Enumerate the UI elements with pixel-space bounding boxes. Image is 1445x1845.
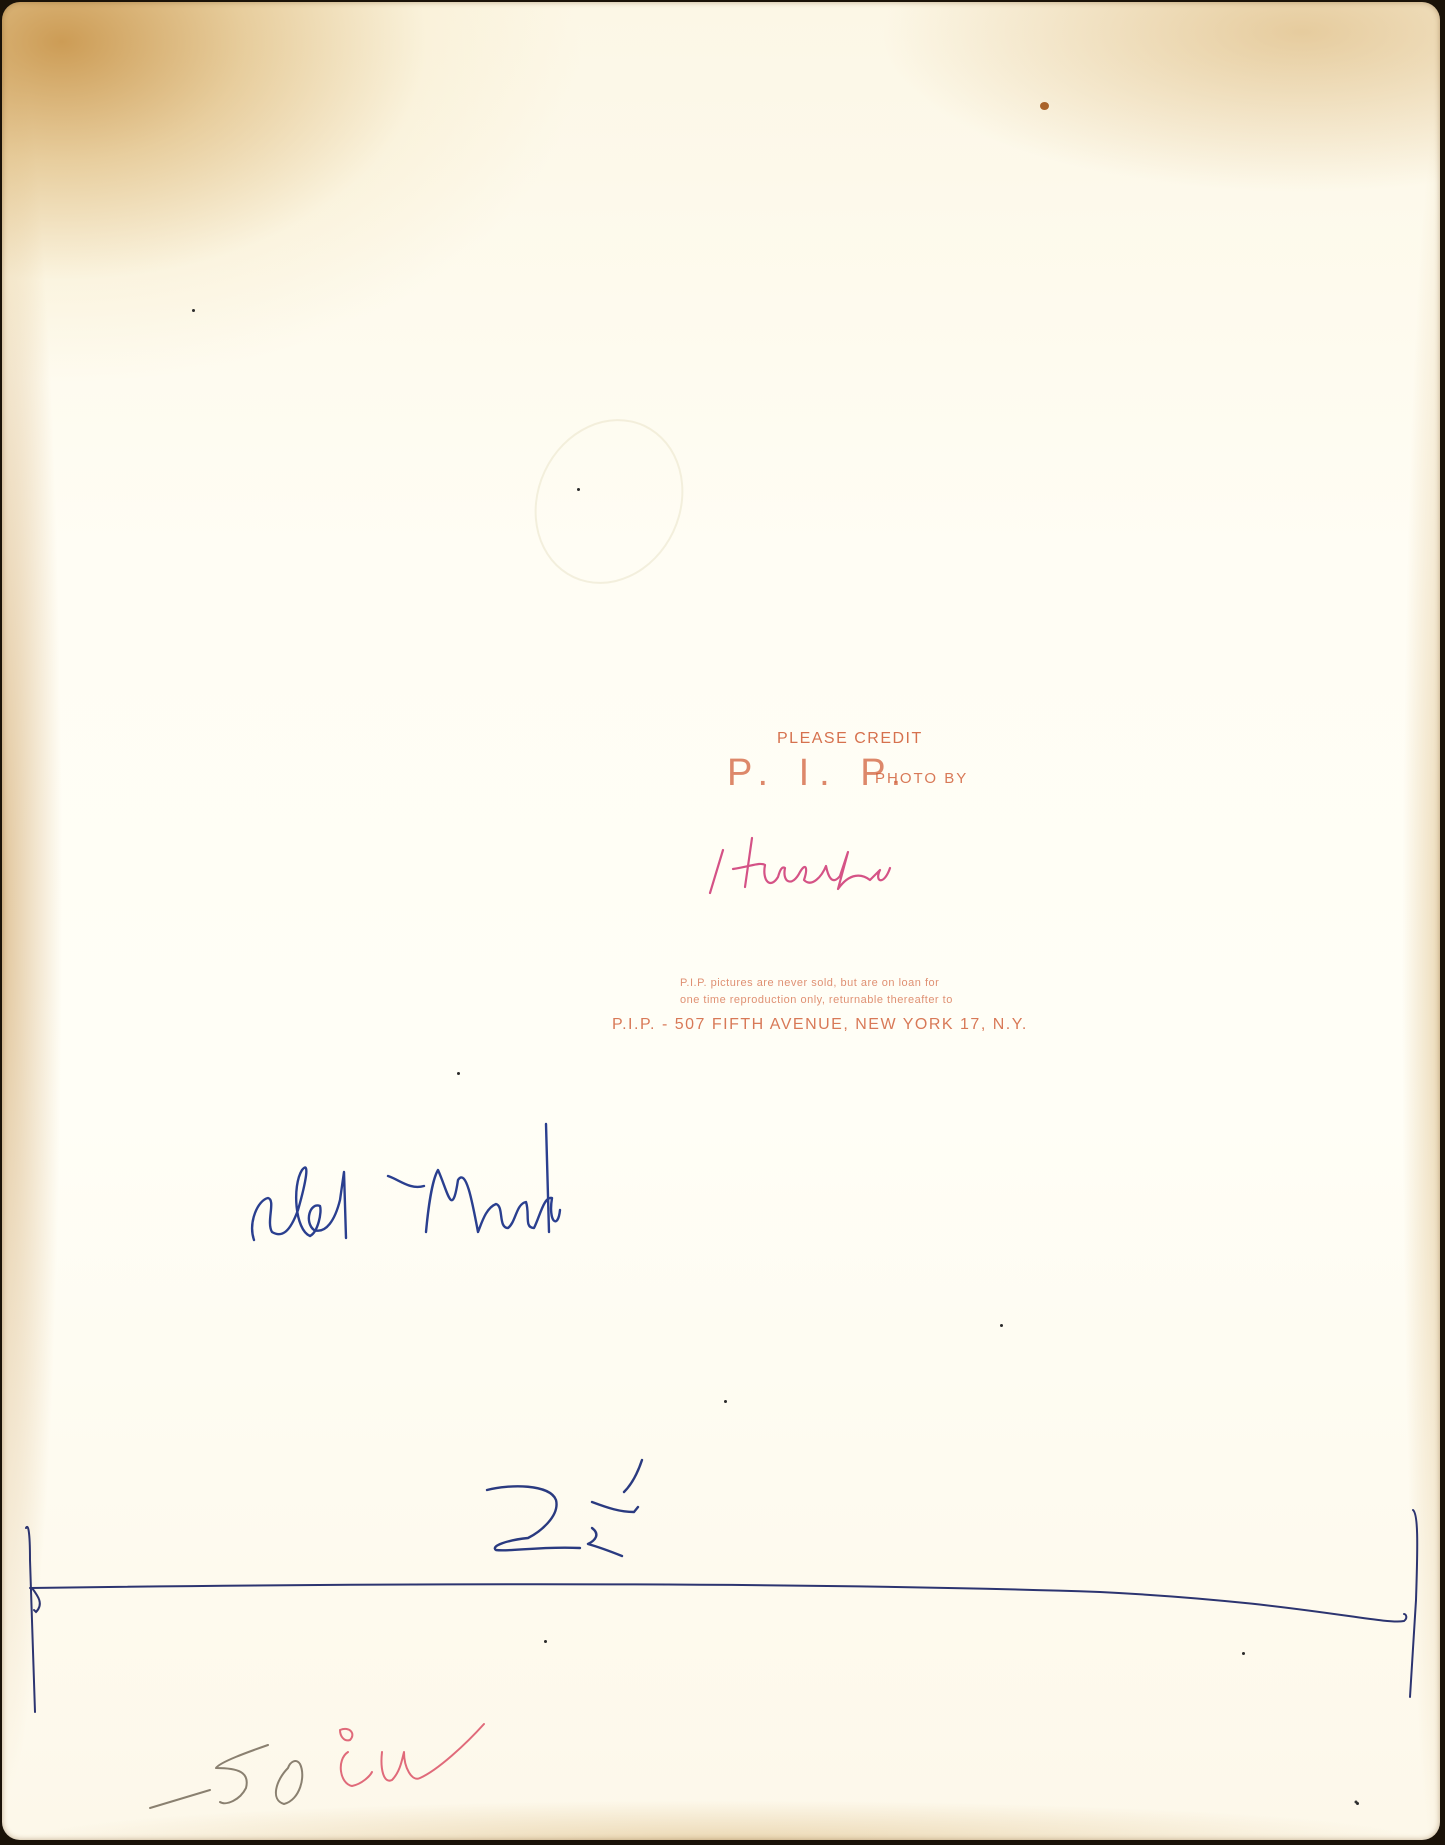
stamp-please-credit: PLEASE CREDIT: [777, 730, 923, 748]
dust-speck: [1242, 1652, 1245, 1655]
photo-back-card: PLEASE CREDIT P. I. P. PHOTO BY P.I.P. p…: [2, 2, 1440, 1840]
faint-circle-impression: [508, 394, 710, 608]
dust-speck: [544, 1640, 547, 1643]
dust-speck: [1000, 1324, 1003, 1327]
dust-speck: [724, 1400, 727, 1403]
stamp-photo-by: PHOTO BY: [875, 770, 968, 787]
dust-speck: [1356, 1802, 1359, 1805]
dust-speck: [577, 488, 580, 491]
stamp-notice-line-2: one time reproduction only, returnable t…: [680, 994, 953, 1006]
stain-spot: [1040, 102, 1049, 110]
dust-speck: [192, 309, 195, 312]
stamp-notice-line-1: P.I.P. pictures are never sold, but are …: [680, 977, 939, 989]
dust-speck: [457, 1072, 460, 1075]
stamp-address: P.I.P. - 507 FIFTH AVENUE, NEW YORK 17, …: [612, 1016, 1028, 1034]
